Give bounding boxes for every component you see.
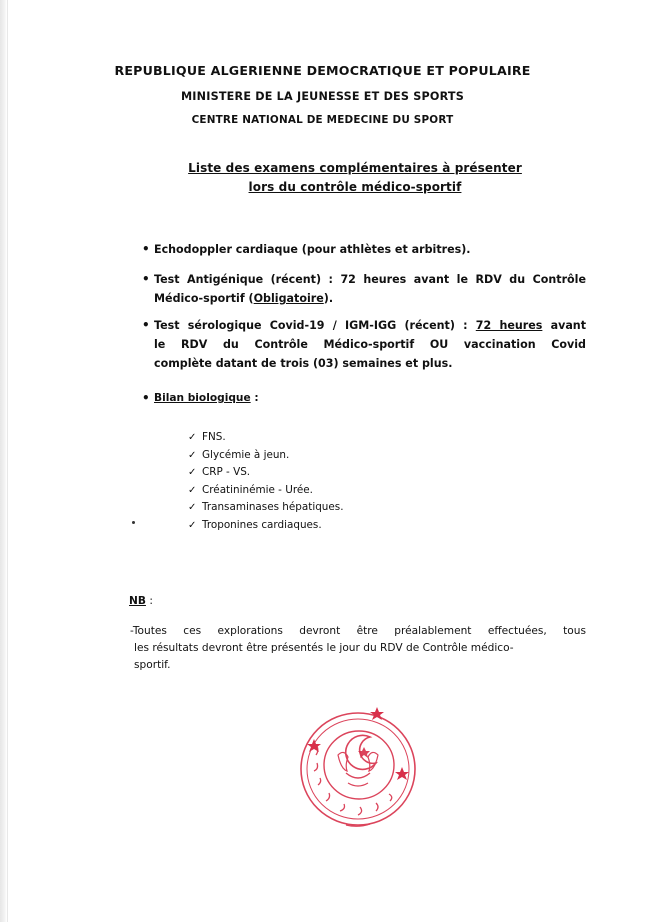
stray-mark bbox=[132, 521, 135, 524]
text-suffix: avant bbox=[542, 319, 586, 332]
official-seal-icon bbox=[296, 703, 422, 831]
text-suffix: ). bbox=[324, 292, 333, 305]
check-item-label: CRP - VS. bbox=[202, 466, 250, 478]
check-icon: ✓ bbox=[188, 464, 202, 482]
check-icon: ✓ bbox=[188, 517, 202, 535]
check-item-label: Créatininémie - Urée. bbox=[202, 484, 313, 496]
nb-colon: : bbox=[146, 595, 153, 607]
hours-label: 72 heures bbox=[476, 319, 543, 332]
check-item: ✓Glycémie à jeun. bbox=[188, 447, 344, 465]
check-item: ✓CRP - VS. bbox=[188, 464, 344, 482]
text-prefix: Médico-sportif ( bbox=[154, 292, 254, 305]
header-republic: REPUBLIQUE ALGERIENNE DEMOCRATIQUE ET PO… bbox=[0, 63, 645, 78]
check-item-label: Glycémie à jeun. bbox=[202, 449, 289, 461]
text-prefix: Test sérologique Covid-19 / IGM-IGG (réc… bbox=[154, 319, 476, 332]
exam-item-echodoppler: • Echodoppler cardiaque (pour athlètes e… bbox=[154, 240, 586, 259]
check-item: ✓FNS. bbox=[188, 429, 344, 447]
check-item: ✓Troponines cardiaques. bbox=[188, 517, 344, 535]
nb-label: NB bbox=[129, 595, 146, 607]
bilan-label: Bilan biologique bbox=[154, 392, 251, 404]
page-left-edge bbox=[0, 0, 8, 922]
bilan-heading: • Bilan biologique : bbox=[154, 392, 259, 404]
header-ministry: MINISTERE DE LA JEUNESSE ET DES SPORTS bbox=[0, 90, 645, 103]
check-icon: ✓ bbox=[188, 447, 202, 465]
nb-note-line3: sportif. bbox=[130, 657, 586, 674]
bullet-icon: • bbox=[142, 240, 150, 259]
check-item-label: Troponines cardiaques. bbox=[202, 519, 322, 531]
check-item-label: Transaminases hépatiques. bbox=[202, 501, 344, 513]
check-icon: ✓ bbox=[188, 499, 202, 517]
check-item: ✓Créatininémie - Urée. bbox=[188, 482, 344, 500]
bilan-colon: : bbox=[251, 392, 259, 404]
check-item: ✓Transaminases hépatiques. bbox=[188, 499, 344, 517]
bullet-icon: • bbox=[142, 316, 150, 335]
nb-note: -Toutes ces explorations devront être pr… bbox=[130, 623, 586, 674]
obligatory-label: Obligatoire bbox=[254, 292, 324, 305]
exam-text-line1: Test sérologique Covid-19 / IGM-IGG (réc… bbox=[154, 316, 586, 335]
exam-text-line2: le RDV du Contrôle Médico-sportif OU vac… bbox=[154, 335, 586, 354]
document-title-line2: lors du contrôle médico-sportif bbox=[0, 180, 645, 194]
bullet-icon: • bbox=[142, 391, 150, 405]
nb-note-line1: -Toutes ces explorations devront être pr… bbox=[130, 623, 586, 640]
exam-item-antigen-test: • Test Antigénique (récent) : 72 heures … bbox=[154, 270, 586, 308]
check-icon: ✓ bbox=[188, 429, 202, 447]
exam-text-line3: complète datant de trois (03) semaines e… bbox=[154, 354, 586, 373]
document-title-line1: Liste des examens complémentaires à prés… bbox=[0, 161, 645, 175]
header-centre: CENTRE NATIONAL DE MEDECINE DU SPORT bbox=[0, 114, 645, 126]
exam-text-line2: Médico-sportif (Obligatoire). bbox=[154, 289, 586, 308]
bullet-icon: • bbox=[142, 270, 150, 289]
nb-heading: NB : bbox=[129, 595, 153, 607]
check-item-label: FNS. bbox=[202, 431, 226, 443]
bilan-checklist: ✓FNS. ✓Glycémie à jeun. ✓CRP - VS. ✓Créa… bbox=[188, 429, 344, 534]
exam-text-line1: Test Antigénique (récent) : 72 heures av… bbox=[154, 270, 586, 289]
nb-note-line2: les résultats devront être présentés le … bbox=[130, 640, 586, 657]
exam-item-serology-test: • Test sérologique Covid-19 / IGM-IGG (r… bbox=[154, 316, 586, 373]
exam-text: Echodoppler cardiaque (pour athlètes et … bbox=[154, 240, 586, 259]
check-icon: ✓ bbox=[188, 482, 202, 500]
